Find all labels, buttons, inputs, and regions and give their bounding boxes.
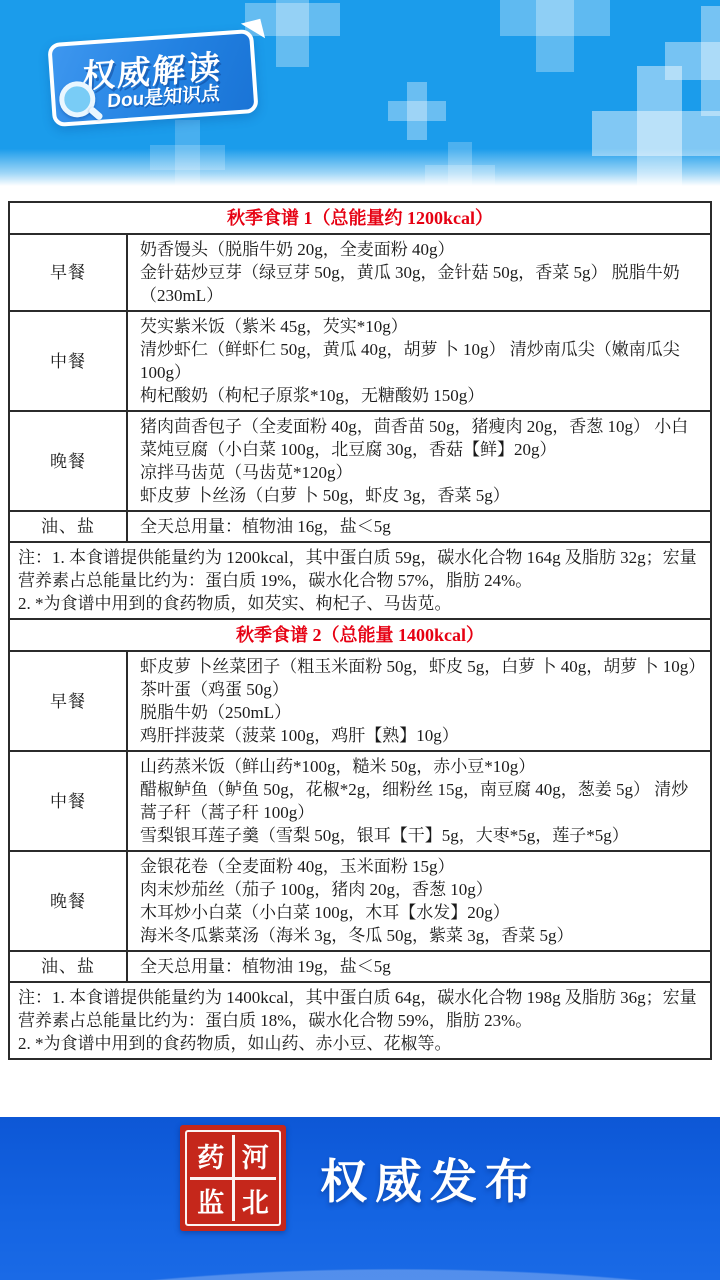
meal-row: 中餐芡实紫米饭（紫米 45g，芡实*10g）清炒虾仁（鲜虾仁 50g，黄瓜 40…	[10, 312, 710, 412]
dish-line: 凉拌马齿苋（马齿苋*120g）	[140, 461, 704, 484]
dish-line: 全天总用量：植物油 16g，盐＜5g	[140, 515, 704, 538]
dish-line: 虾皮萝 卜丝汤（白萝 卜 50g，虾皮 3g，香菜 5g）	[140, 484, 704, 507]
diet-tables: 秋季食谱 1（总能量约 1200kcal）早餐奶香馒头（脱脂牛奶 20g，全麦面…	[8, 201, 712, 1060]
menu-title: 秋季食谱 2（总能量 1400kcal）	[10, 620, 710, 652]
magnifier-icon	[58, 80, 101, 123]
top-banner: 权威解读 Dou是知识点	[0, 0, 720, 186]
meal-content: 奶香馒头（脱脂牛奶 20g，全麦面粉 40g）金针菇炒豆芽（绿豆芽 50g，黄瓜…	[128, 235, 710, 310]
plus-icon	[592, 66, 720, 201]
footer-banner: 药 河 监 北 权威发布	[0, 1117, 720, 1280]
meal-label: 中餐	[10, 752, 128, 850]
meal-row: 早餐奶香馒头（脱脂牛奶 20g，全麦面粉 40g）金针菇炒豆芽（绿豆芽 50g，…	[10, 235, 710, 312]
dish-line: 金银花卷（全麦面粉 40g，玉米面粉 15g）	[140, 855, 704, 878]
note-line: 2. *为食谱中用到的食药物质，如山药、赤小豆、花椒等。	[18, 1032, 702, 1055]
dish-line: 醋椒鲈鱼（鲈鱼 50g，花椒*2g，细粉丝 15g，南豆腐 40g，葱姜 5g）…	[140, 778, 704, 824]
menu-title: 秋季食谱 1（总能量约 1200kcal）	[10, 203, 710, 235]
dish-line: 脱脂牛奶（250mL）	[140, 701, 704, 724]
meal-content: 金银花卷（全麦面粉 40g，玉米面粉 15g）肉末炒茄丝（茄子 100g，猪肉 …	[128, 852, 710, 950]
meal-content: 山药蒸米饭（鲜山药*100g，糙米 50g，赤小豆*10g）醋椒鲈鱼（鲈鱼 50…	[128, 752, 710, 850]
seal-char: 北	[235, 1180, 277, 1222]
meal-label: 中餐	[10, 312, 128, 410]
authority-badge: 权威解读 Dou是知识点	[47, 29, 258, 127]
meal-row: 油、盐全天总用量：植物油 16g，盐＜5g	[10, 512, 710, 543]
menu-notes: 注：1. 本食谱提供能量约为 1400kcal，其中蛋白质 64g，碳水化合物 …	[10, 983, 710, 1058]
dish-line: 猪肉茴香包子（全麦面粉 40g，茴香苗 50g，猪瘦肉 20g，香葱 10g） …	[140, 415, 704, 461]
meal-row: 中餐山药蒸米饭（鲜山药*100g，糙米 50g，赤小豆*10g）醋椒鲈鱼（鲈鱼 …	[10, 752, 710, 852]
dish-line: 清炒虾仁（鲜虾仁 50g，黄瓜 40g，胡萝 卜 10g） 清炒南瓜尖（嫩南瓜尖…	[140, 338, 704, 384]
dish-line: 海米冬瓜紫菜汤（海米 3g，冬瓜 50g，紫菜 3g，香菜 5g）	[140, 924, 704, 947]
meal-label: 早餐	[10, 652, 128, 750]
meal-label: 晚餐	[10, 852, 128, 950]
dish-line: 雪梨银耳莲子羹（雪梨 50g，银耳【干】5g，大枣*5g，莲子*5g）	[140, 824, 704, 847]
dish-line: 全天总用量：植物油 19g，盐＜5g	[140, 955, 704, 978]
plus-icon	[500, 0, 610, 72]
meal-label: 早餐	[10, 235, 128, 310]
meal-row: 晚餐猪肉茴香包子（全麦面粉 40g，茴香苗 50g，猪瘦肉 20g，香葱 10g…	[10, 412, 710, 512]
dish-line: 奶香馒头（脱脂牛奶 20g，全麦面粉 40g）	[140, 238, 704, 261]
meal-row: 晚餐金银花卷（全麦面粉 40g，玉米面粉 15g）肉末炒茄丝（茄子 100g，猪…	[10, 852, 710, 952]
dish-line: 枸杞酸奶（枸杞子原浆*10g，无糖酸奶 150g）	[140, 384, 704, 407]
seal-char: 药	[190, 1135, 232, 1177]
meal-content: 芡实紫米饭（紫米 45g，芡实*10g）清炒虾仁（鲜虾仁 50g，黄瓜 40g，…	[128, 312, 710, 410]
dish-line: 虾皮萝 卜丝菜团子（粗玉米面粉 50g，虾皮 5g，白萝 卜 40g，胡萝 卜 …	[140, 655, 704, 678]
footer-title: 权威发布	[320, 1145, 540, 1212]
menu-table: 秋季食谱 1（总能量约 1200kcal）早餐奶香馒头（脱脂牛奶 20g，全麦面…	[10, 203, 710, 618]
meal-label: 油、盐	[10, 952, 128, 981]
dish-line: 茶叶蛋（鸡蛋 50g）	[140, 678, 704, 701]
plus-icon	[388, 82, 446, 140]
note-line: 2. *为食谱中用到的食药物质，如芡实、枸杞子、马齿苋。	[18, 592, 702, 615]
meal-content: 全天总用量：植物油 16g，盐＜5g	[128, 512, 710, 541]
dish-line: 芡实紫米饭（紫米 45g，芡实*10g）	[140, 315, 704, 338]
meal-row: 早餐虾皮萝 卜丝菜团子（粗玉米面粉 50g，虾皮 5g，白萝 卜 40g，胡萝 …	[10, 652, 710, 752]
dish-line: 金针菇炒豆芽（绿豆芽 50g，黄瓜 30g，金针菇 50g，香菜 5g） 脱脂牛…	[140, 261, 704, 307]
meal-content: 猪肉茴香包子（全麦面粉 40g，茴香苗 50g，猪瘦肉 20g，香葱 10g） …	[128, 412, 710, 510]
meal-label: 油、盐	[10, 512, 128, 541]
poster-page: 权威解读 Dou是知识点 秋季食谱 1（总能量约 1200kcal）早餐奶香馒头…	[0, 0, 720, 1280]
dish-line: 山药蒸米饭（鲜山药*100g，糙米 50g，赤小豆*10g）	[140, 755, 704, 778]
plus-icon	[150, 120, 225, 195]
meal-content: 全天总用量：植物油 19g，盐＜5g	[128, 952, 710, 981]
note-line: 注：1. 本食谱提供能量约为 1400kcal，其中蛋白质 64g，碳水化合物 …	[18, 986, 702, 1032]
note-line: 注：1. 本食谱提供能量约为 1200kcal，其中蛋白质 59g，碳水化合物 …	[18, 546, 702, 592]
menu-table: 秋季食谱 2（总能量 1400kcal）早餐虾皮萝 卜丝菜团子（粗玉米面粉 50…	[10, 618, 710, 1058]
meal-row: 油、盐全天总用量：植物油 19g，盐＜5g	[10, 952, 710, 983]
dish-line: 木耳炒小白菜（小白菜 100g，木耳【水发】20g）	[140, 901, 704, 924]
footer-inner: 药 河 监 北 权威发布	[0, 1125, 720, 1231]
dish-line: 肉末炒茄丝（茄子 100g，猪肉 20g，香葱 10g）	[140, 878, 704, 901]
dish-line: 鸡肝拌菠菜（菠菜 100g，鸡肝【熟】10g）	[140, 724, 704, 747]
meal-content: 虾皮萝 卜丝菜团子（粗玉米面粉 50g，虾皮 5g，白萝 卜 40g，胡萝 卜 …	[128, 652, 710, 750]
meal-label: 晚餐	[10, 412, 128, 510]
menu-notes: 注：1. 本食谱提供能量约为 1200kcal，其中蛋白质 59g，碳水化合物 …	[10, 543, 710, 618]
seal-char: 监	[190, 1180, 232, 1222]
hebei-yaojian-seal-icon: 药 河 监 北	[180, 1125, 286, 1231]
content-area: 秋季食谱 1（总能量约 1200kcal）早餐奶香馒头（脱脂牛奶 20g，全麦面…	[0, 186, 720, 1117]
seal-char: 河	[235, 1135, 277, 1177]
